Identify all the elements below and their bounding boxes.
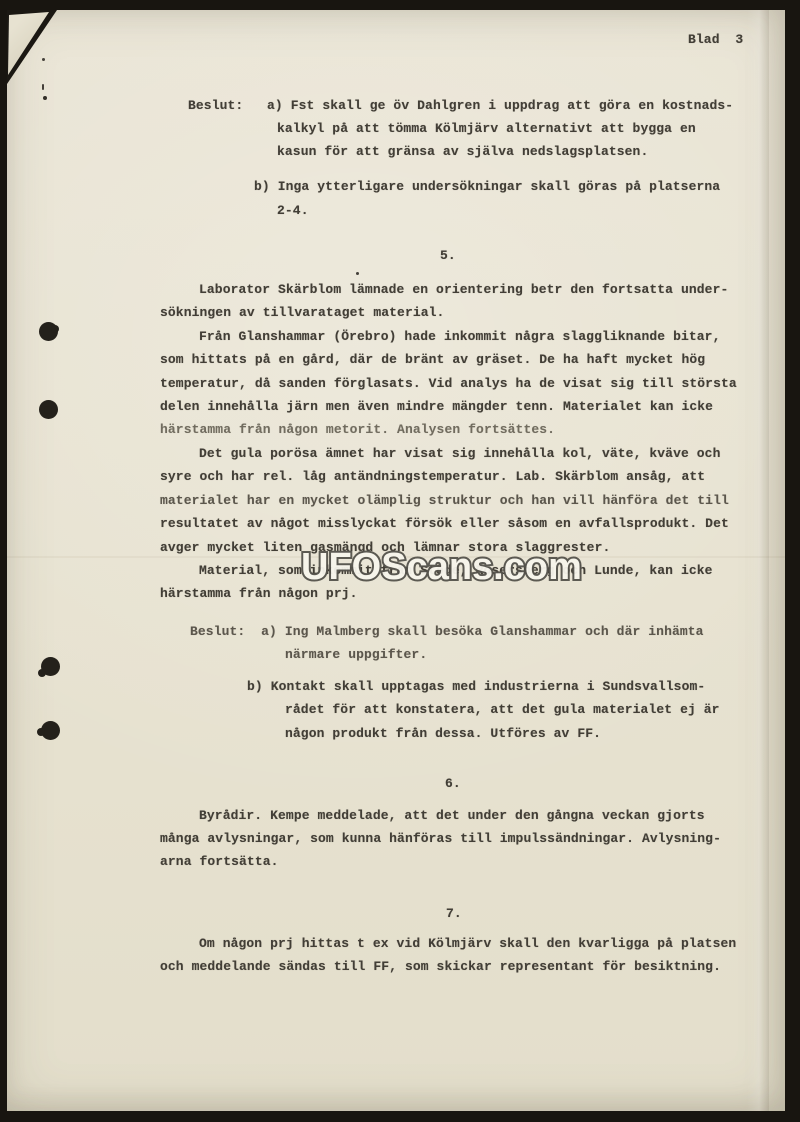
ufoscans-watermark: UFOScans.com bbox=[301, 548, 582, 586]
section-heading-6: 6. bbox=[445, 777, 461, 790]
typed-line: resultatet av något misslyckat försök el… bbox=[160, 517, 729, 530]
page-number-label: Blad 3 bbox=[688, 33, 743, 46]
section-heading-5: 5. bbox=[440, 249, 456, 262]
typed-line: härstamma från någon metorit. Analysen f… bbox=[160, 423, 555, 436]
typed-line: kalkyl på att tömma Kölmjärv alternativt… bbox=[277, 122, 696, 135]
typed-line: Beslut: a) Ing Malmberg skall besöka Gla… bbox=[190, 625, 704, 638]
typed-line: Byrådir. Kempe meddelade, att det under … bbox=[199, 809, 705, 822]
typed-line: någon produkt från dessa. Utföres av FF. bbox=[285, 727, 601, 740]
typed-line: kasun för att gränsa av själva nedslagsp… bbox=[277, 145, 648, 158]
typed-line: Beslut: a) Fst skall ge öv Dahlgren i up… bbox=[188, 99, 733, 112]
typed-line: delen innehålla järn men även mindre män… bbox=[160, 400, 713, 413]
typed-line: arna fortsätta. bbox=[160, 855, 279, 868]
typed-line: b) Inga ytterligare undersökningar skall… bbox=[254, 180, 720, 193]
typed-line: som hittats på en gård, där de bränt av … bbox=[160, 353, 705, 366]
typed-line: rådet för att konstatera, att det gula m… bbox=[285, 703, 720, 716]
typed-line: många avlysningar, som kunna hänföras ti… bbox=[160, 832, 721, 845]
typed-line: närmare uppgifter. bbox=[285, 648, 427, 661]
typed-line: 2-4. bbox=[277, 204, 309, 217]
typed-line: och meddelande sändas till FF, som skick… bbox=[160, 960, 721, 973]
typed-line: Om någon prj hittas t ex vid Kölmjärv sk… bbox=[199, 937, 736, 950]
section-heading-7: 7. bbox=[446, 907, 462, 920]
typed-line: Från Glanshammar (Örebro) hade inkommit … bbox=[199, 330, 720, 343]
typed-line: härstamma från någon prj. bbox=[160, 587, 358, 600]
typed-text-layer: Blad 3 Beslut: a) Fst skall ge öv Dahlgr… bbox=[0, 0, 800, 1122]
document-scan: Blad 3 Beslut: a) Fst skall ge öv Dahlgr… bbox=[0, 0, 800, 1122]
typed-line: b) Kontakt skall upptagas med industrier… bbox=[247, 680, 705, 693]
typed-line: materialet har en mycket olämplig strukt… bbox=[160, 494, 729, 507]
typed-line: Det gula porösa ämnet har visat sig inne… bbox=[199, 447, 720, 460]
typed-line: temperatur, då sanden förglasats. Vid an… bbox=[160, 377, 737, 390]
typed-line: syre och har rel. låg antändningstempera… bbox=[160, 470, 705, 483]
typed-line: Laborator Skärblom lämnade en orienterin… bbox=[199, 283, 728, 296]
typed-line: sökningen av tillvarataget material. bbox=[160, 306, 444, 319]
